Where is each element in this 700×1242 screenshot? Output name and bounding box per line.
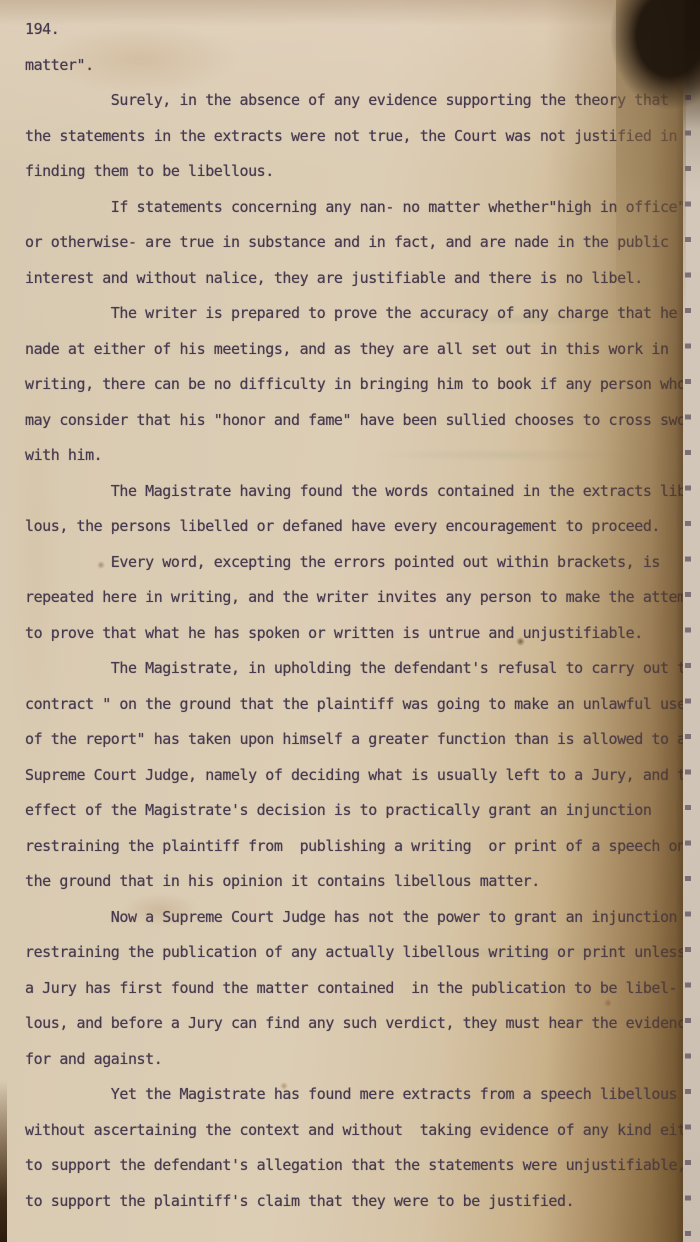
text-line: lous, and before a Jury can find any suc…: [25, 1006, 700, 1042]
text-line: Now a Supreme Court Judge has not the po…: [25, 900, 700, 936]
text-line: lous, the persons libelled or defaned ha…: [25, 509, 700, 545]
text-line: a Jury has first found the matter contai…: [25, 971, 700, 1007]
text-line: restraining the plaintiff from publishin…: [25, 829, 700, 865]
text-line: interest and without nalice, they are ju…: [25, 261, 700, 297]
text-line: The writer is prepared to prove the accu…: [25, 296, 700, 332]
text-line: effect of the Magistrate's decision is t…: [25, 793, 700, 829]
text-line: writing, there can be no difficulty in b…: [25, 367, 700, 403]
text-line: Every word, excepting the errors pointed…: [25, 545, 700, 581]
text-line: may consider that his "honor and fame" h…: [25, 403, 700, 439]
scanned-document-page: 194.matter". Surely, in the absence of a…: [0, 0, 700, 1242]
text-line: to support the defendant's allegation th…: [25, 1148, 700, 1184]
text-line: repeated here in writing, and the writer…: [25, 580, 700, 616]
text-line: nade at either of his meetings, and as t…: [25, 332, 700, 368]
document-lines: 194.matter". Surely, in the absence of a…: [25, 12, 700, 1219]
text-line: to support the plaintiff's claim that th…: [25, 1184, 700, 1220]
text-line: If statements concerning any nan- no mat…: [25, 190, 700, 226]
text-line: The Magistrate having found the words co…: [25, 474, 700, 510]
text-line: The Magistrate, in upholding the defenda…: [25, 651, 700, 687]
text-line: to prove that what he has spoken or writ…: [25, 616, 700, 652]
text-line: the ground that in his opinion it contai…: [25, 864, 700, 900]
text-line: with him.: [25, 438, 700, 474]
text-line: Supreme Court Judge, namely of deciding …: [25, 758, 700, 794]
text-line: for and against.: [25, 1042, 700, 1078]
text-line: matter".: [25, 48, 700, 84]
text-line: or otherwise- are true in substance and …: [25, 225, 700, 261]
text-line: restraining the publication of any actua…: [25, 935, 700, 971]
text-line: the statements in the extracts were not …: [25, 119, 700, 155]
text-line: of the report" has taken upon himself a …: [25, 722, 700, 758]
text-line: finding them to be libellous.: [25, 154, 700, 190]
text-line: 194.: [25, 12, 700, 48]
text-line: contract " on the ground that the plaint…: [25, 687, 700, 723]
text-line: Yet the Magistrate has found mere extrac…: [25, 1077, 700, 1113]
text-line: Surely, in the absence of any evidence s…: [25, 83, 700, 119]
text-line: without ascertaining the context and wit…: [25, 1113, 700, 1149]
